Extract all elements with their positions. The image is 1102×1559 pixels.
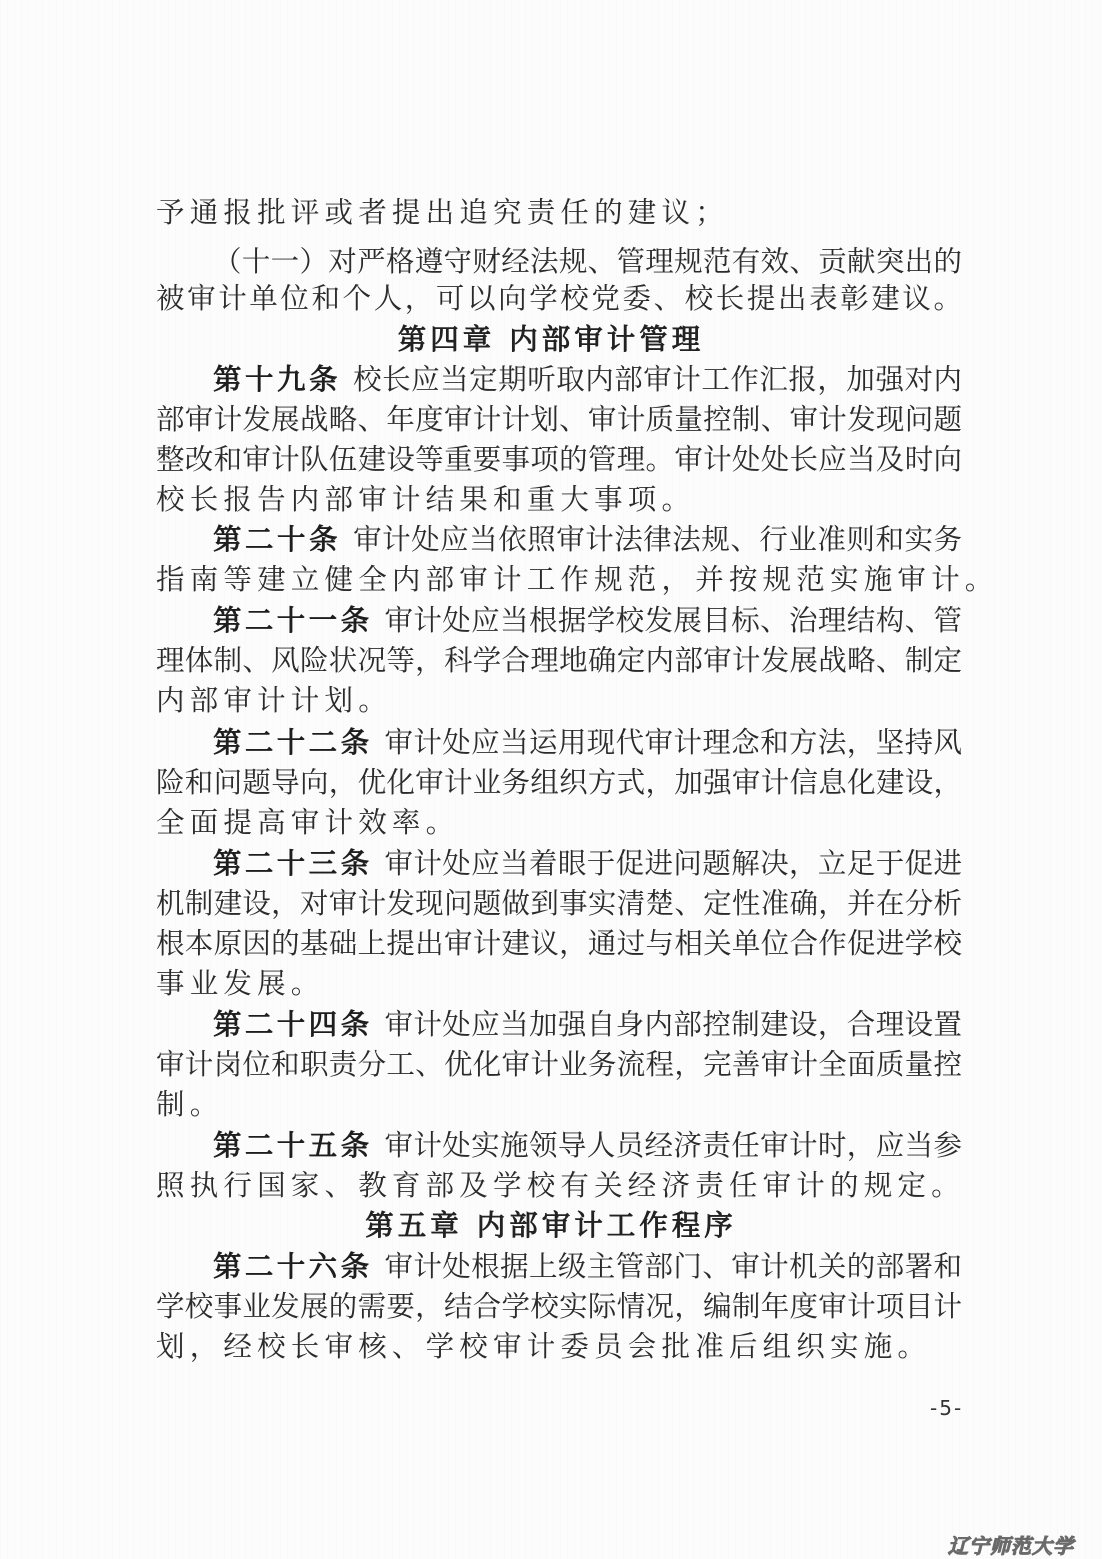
article-text: 审计处应当加强自身内部控制建设，合理设置 xyxy=(384,1008,962,1041)
paragraph-line: 被审计单位和个人，可以向学校党委、校长提出表彰建议。 xyxy=(156,281,962,317)
article-23-line-3: 根本原因的基础上提出审计建议，通过与相关单位合作促进学校 xyxy=(156,926,962,962)
paragraph-line: （十一）对严格遵守财经法规、管理规范有效、贡献突出的 xyxy=(213,244,962,280)
page-number: -5- xyxy=(930,1396,963,1420)
article-text: 审计处应当运用现代审计理念和方法，坚持风 xyxy=(384,726,962,759)
article-26-line-1: 第二十六条审计处根据上级主管部门、审计机关的部署和 xyxy=(213,1249,962,1285)
article-label: 第二十五条 xyxy=(213,1129,372,1162)
article-22-line-2: 险和问题导向，优化审计业务组织方式，加强审计信息化建设， xyxy=(156,765,962,801)
article-23-line-1: 第二十三条审计处应当着眼于促进问题解决，立足于促进 xyxy=(213,846,962,882)
article-20-line-2: 指南等建立健全内部审计工作规范，并按规范实施审计。 xyxy=(156,562,962,598)
article-text: 审计处应当着眼于促进问题解决，立足于促进 xyxy=(384,847,962,880)
article-23-line-4: 事业发展。 xyxy=(156,966,962,1002)
chapter-heading: 第四章 内部审计管理 xyxy=(0,322,1102,358)
article-26-line-2: 学校事业发展的需要，结合学校实际情况，编制年度审计项目计 xyxy=(156,1289,962,1325)
article-label: 第二十条 xyxy=(213,523,341,556)
article-text: 审计处实施领导人员经济责任审计时，应当参 xyxy=(384,1129,962,1162)
article-22-line-1: 第二十二条审计处应当运用现代审计理念和方法，坚持风 xyxy=(213,725,962,761)
article-20-line-1: 第二十条审计处应当依照审计法律法规、行业准则和实务 xyxy=(213,522,962,558)
article-19-line-1: 第十九条校长应当定期听取内部审计工作汇报，加强对内 xyxy=(213,362,962,398)
article-24-line-3: 制。 xyxy=(156,1087,962,1123)
article-label: 第二十三条 xyxy=(213,847,372,880)
article-label: 第二十四条 xyxy=(213,1008,372,1041)
article-label: 第二十六条 xyxy=(213,1250,372,1283)
article-21-line-1: 第二十一条审计处应当根据学校发展目标、治理结构、管 xyxy=(213,603,962,639)
article-23-line-2: 机制建设，对审计发现问题做到事实清楚、定性准确，并在分析 xyxy=(156,886,962,922)
article-text: 审计处根据上级主管部门、审计机关的部署和 xyxy=(384,1250,962,1283)
article-25-line-1: 第二十五条审计处实施领导人员经济责任审计时，应当参 xyxy=(213,1128,962,1164)
article-21-line-3: 内部审计计划。 xyxy=(156,683,962,719)
article-text: 校长应当定期听取内部审计工作汇报，加强对内 xyxy=(353,363,962,396)
article-label: 第十九条 xyxy=(213,363,341,396)
article-text: 审计处应当依照审计法律法规、行业准则和实务 xyxy=(353,523,962,556)
article-19-line-2: 部审计发展战略、年度审计计划、审计质量控制、审计发现问题 xyxy=(156,402,962,438)
article-26-line-3: 划，经校长审核、学校审计委员会批准后组织实施。 xyxy=(156,1329,962,1365)
article-19-line-3: 整改和审计队伍建设等重要事项的管理。审计处处长应当及时向 xyxy=(156,442,962,478)
article-text: 审计处应当根据学校发展目标、治理结构、管 xyxy=(384,604,962,637)
article-22-line-3: 全面提高审计效率。 xyxy=(156,805,962,841)
article-25-line-2: 照执行国家、教育部及学校有关经济责任审计的规定。 xyxy=(156,1168,962,1204)
article-19-line-4: 校长报告内部审计结果和重大事项。 xyxy=(156,482,962,518)
chapter-heading: 第五章 内部审计工作程序 xyxy=(0,1208,1102,1244)
paragraph-line: 予通报批评或者提出追究责任的建议； xyxy=(156,195,962,231)
university-watermark: 辽宁师范大学 xyxy=(948,1530,1074,1559)
document-page: 予通报批评或者提出追究责任的建议； （十一）对严格遵守财经法规、管理规范有效、贡… xyxy=(0,0,1102,1559)
article-label: 第二十二条 xyxy=(213,726,372,759)
article-24-line-2: 审计岗位和职责分工、优化审计业务流程，完善审计全面质量控 xyxy=(156,1047,962,1083)
article-24-line-1: 第二十四条审计处应当加强自身内部控制建设，合理设置 xyxy=(213,1007,962,1043)
article-label: 第二十一条 xyxy=(213,604,372,637)
article-21-line-2: 理体制、风险状况等，科学合理地确定内部审计发展战略、制定 xyxy=(156,643,962,679)
